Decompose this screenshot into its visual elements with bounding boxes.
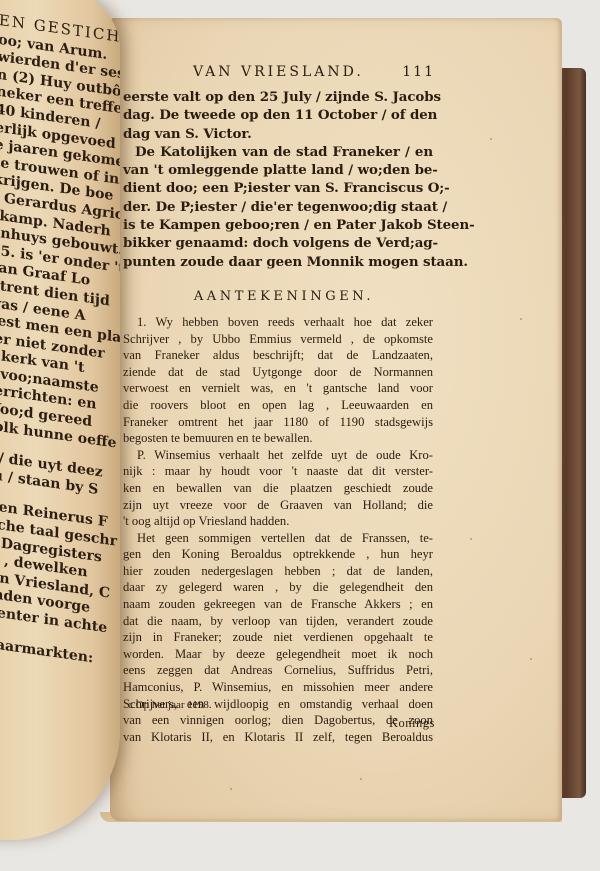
- text-line: van een vinnigen oorlog; dien Dagobertus…: [123, 712, 433, 729]
- text-line: Hamconius, P. Winsemius, en missohien me…: [123, 679, 433, 696]
- right-page-text: VAN VRIESLAND. 111 eerste valt op den 25…: [123, 64, 433, 745]
- text-line: Het geen sommigen vertellen dat de Frans…: [123, 530, 433, 547]
- text-line: dient doo; een P;iester van S. Franciscu…: [123, 179, 433, 197]
- text-line: naam zouden gekreegen van de Fransche Ak…: [123, 596, 433, 613]
- running-head: VAN VRIESLAND. 111: [123, 64, 433, 88]
- text-line: 1. Wy hebben boven reeds verhaalt hoe da…: [123, 314, 433, 331]
- text-line: punten zoude daar geen Monnik mogen staa…: [123, 253, 433, 271]
- catchword: Konings: [389, 716, 435, 731]
- note-paragraph: Het geen sommigen vertellen dat de Frans…: [123, 530, 433, 746]
- text-line: begosten te bemuuren en te bewallen.: [123, 430, 433, 447]
- text-line: Franeker omtrent het jaar 1180 of 1190 s…: [123, 414, 433, 431]
- gothic-paragraph: eerste valt op den 25 July / zijnde S. J…: [123, 88, 433, 143]
- text-line: der. De P;iester / die'er tegenwoo;dig s…: [123, 198, 433, 216]
- page-number: 111: [402, 64, 435, 80]
- text-line: daar zy gelegerd waren , by die gelegend…: [123, 579, 433, 596]
- text-line: dag van S. Victor.: [123, 125, 433, 143]
- text-line: van 't omleggende platte land / wo;den b…: [123, 161, 433, 179]
- text-line: zijn uyt vreeze voor de Graaven van Holl…: [123, 497, 433, 514]
- text-line: De Katolijken van de stad Franeker / en: [123, 143, 433, 161]
- text-line: P. Winsemius verhaalt het zelfde uyt de …: [123, 447, 433, 464]
- text-line: van Klotaris II, en Klotaris II zelf, te…: [123, 729, 433, 746]
- text-line: dag. De tweede op den 11 October / of de…: [123, 106, 433, 124]
- note-paragraph: 1. Wy hebben boven reeds verhaalt hoe da…: [123, 314, 433, 447]
- left-page-text: EN GESTICHTEN oo; van Arum.wierden d'er …: [0, 0, 120, 687]
- text-line: verwoest en vernielt was, en 't gantsche…: [123, 380, 433, 397]
- text-line: hier zouden nedergeslagen hebben ; dat d…: [123, 563, 433, 580]
- text-line: bikker genaamd: doch volgens de Verd;ag-: [123, 234, 433, 252]
- text-line: gen den Koning Beroaldus optrekkende , h…: [123, 546, 433, 563]
- left-page: EN GESTICHTEN oo; van Arum.wierden d'er …: [0, 0, 120, 840]
- text-line: zijn in Franeker; zoude niet verdienen o…: [123, 629, 433, 646]
- text-line: ken en bewallen van die plaatzen geschie…: [123, 480, 433, 497]
- text-line: dat die naam, by verloop van tijden, ver…: [123, 613, 433, 630]
- note-paragraph: P. Winsemius verhaalt het zelfde uyt de …: [123, 447, 433, 530]
- section-heading: AANTEKENINGEN.: [135, 289, 433, 304]
- text-line: ziende dat de stad Uytgonge door de Norm…: [123, 364, 433, 381]
- text-line: 't oog altijd op Vriesland hadden.: [123, 513, 433, 530]
- text-line: is te Kampen geboo;ren / en Pater Jakob …: [123, 216, 433, 234]
- footnote: c Op het jaar 1198.: [128, 699, 212, 711]
- gothic-paragraph: De Katolijken van de stad Franeker / en …: [123, 143, 433, 271]
- text-line: Schrijver , by Ubbo Emmius vermeld , de …: [123, 331, 433, 348]
- running-head-title: VAN VRIESLAND.: [193, 64, 364, 80]
- text-line: nijk : maar hy houdt voor 't naaste dat …: [123, 463, 433, 480]
- text-line: eerste valt op den 25 July / zijnde S. J…: [123, 88, 433, 106]
- text-line: worden. Maar by deeze gelegendheit moet …: [123, 646, 433, 663]
- text-line: eens zeggen dat Andreas Cornelius, Suffr…: [123, 662, 433, 679]
- book-photo: VAN VRIESLAND. 111 eerste valt op den 25…: [0, 0, 600, 871]
- text-line: die roovers bloot en open lag , Leeuwaar…: [123, 397, 433, 414]
- text-line: van Franeker aldus beschrijft; dat de La…: [123, 347, 433, 364]
